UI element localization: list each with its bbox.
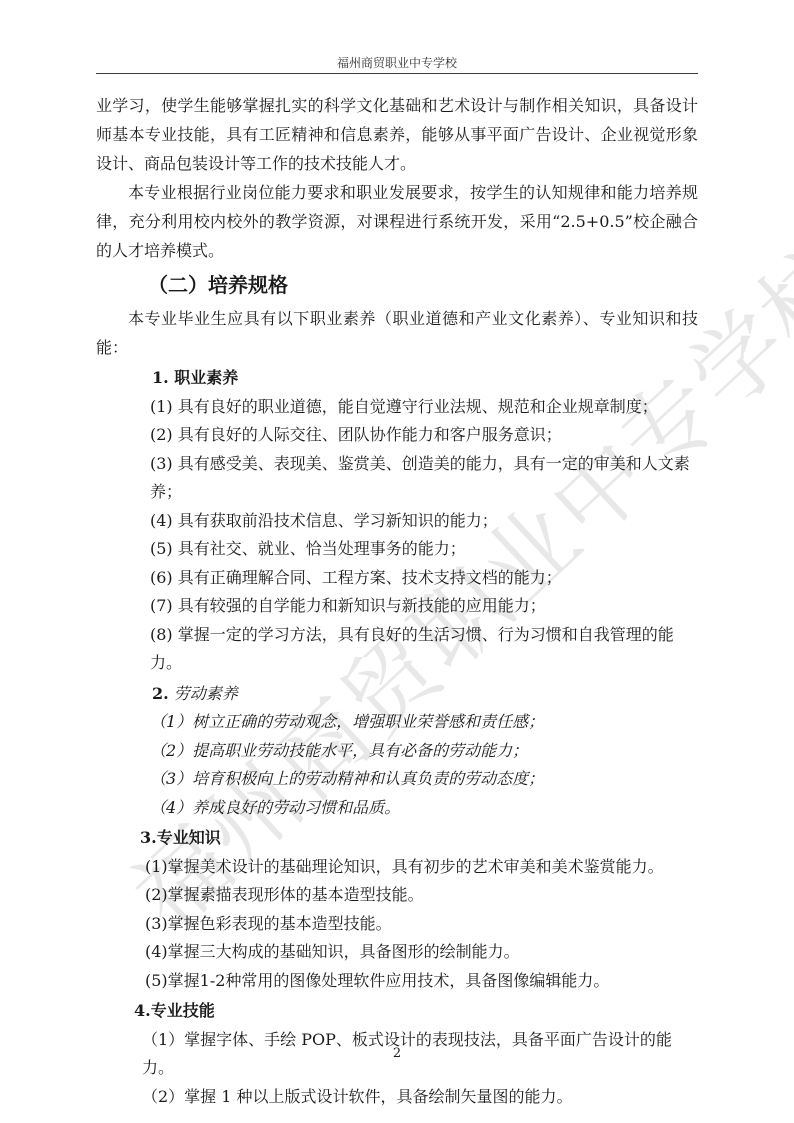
list-item: (1) 具有良好的职业道德，能自觉遵守行业法规、规范和企业规章制度； — [150, 393, 698, 422]
subsection-number: 4. — [134, 1001, 151, 1020]
subsection-title-professional-knowledge: 3.专业知识 — [140, 824, 698, 853]
list-item: （2）提高职业劳动技能水平，具有必备的劳动能力； — [150, 737, 698, 766]
document-page: 福州商贸职业中专学校 福州商贸职业中专学校 业学习，使学生能够掌握扎实的科学文化… — [0, 0, 794, 1123]
list-item: (8) 掌握一定的学习方法，具有良好的生活习惯、行为习惯和自我管理的能力。 — [150, 621, 698, 678]
list-item: (2)掌握素描表现形体的基本造型技能。 — [145, 881, 698, 910]
subsection-title-professional-skills: 4.专业技能 — [134, 997, 698, 1026]
header-divider — [96, 73, 698, 74]
document-body: 业学习，使学生能够掌握扎实的科学文化基础和艺术设计与制作相关知识，具备设计师基本… — [96, 91, 698, 1111]
list-item: （3）培育积极向上的劳动精神和认真负责的劳动态度； — [150, 765, 698, 794]
subsection-number: 2. — [152, 684, 169, 703]
list-item: (5)掌握1-2种常用的图像处理软件应用技术，具备图像编辑能力。 — [145, 967, 698, 996]
subsection-name: 专业技能 — [151, 1001, 215, 1020]
list-item: (2) 具有良好的人际交往、团队协作能力和客户服务意识； — [150, 421, 698, 450]
list-item: (4)掌握三大构成的基础知识，具备图形的绘制能力。 — [145, 938, 698, 967]
page-number: 2 — [393, 1046, 401, 1061]
page-footer: 2 — [0, 1046, 794, 1061]
subsection-title-labor-quality: 2. 劳动素养 — [152, 680, 698, 709]
paragraph-intro: 本专业毕业生应具有以下职业素养（职业道德和产业文化素养）、专业知识和技能： — [96, 304, 698, 362]
list-item: (6) 具有正确理解合同、工程方案、技术支持文档的能力； — [150, 564, 698, 593]
subsection-name: 职业素养 — [169, 368, 239, 387]
list-item: (7) 具有较强的自学能力和新知识与新技能的应用能力； — [150, 592, 698, 621]
paragraph-training-mode: 本专业根据行业岗位能力要求和职业发展要求，按学生的认知规律和能力培养规律，充分利… — [96, 178, 698, 265]
subsection-title-occupational-quality: 1. 职业素养 — [152, 364, 698, 393]
list-item: (3) 具有感受美、表现美、鉴赏美、创造美的能力，具有一定的审美和人文素养； — [150, 450, 698, 507]
paragraph-continuation: 业学习，使学生能够掌握扎实的科学文化基础和艺术设计与制作相关知识，具备设计师基本… — [96, 91, 698, 178]
list-item: (3)掌握色彩表现的基本造型技能。 — [145, 910, 698, 939]
list-item: (4) 具有获取前沿技术信息、学习新知识的能力； — [150, 507, 698, 536]
subsection-name: 劳动素养 — [169, 684, 238, 703]
list-item: (1)掌握美术设计的基础理论知识，具有初步的艺术审美和美术鉴赏能力。 — [145, 853, 698, 882]
list-item: (5) 具有社交、就业、恰当处理事务的能力； — [150, 535, 698, 564]
list-item: （4）养成良好的劳动习惯和品质。 — [150, 794, 698, 823]
list-item: （1）树立正确的劳动观念，增强职业荣誉感和责任感； — [150, 708, 698, 737]
list-item: （2）掌握 1 种以上版式设计软件，具备绘制矢量图的能力。 — [142, 1083, 698, 1112]
subsection-number: 1. — [152, 368, 169, 387]
subsection-number: 3. — [140, 828, 157, 847]
page-header-school-name: 福州商贸职业中专学校 — [96, 54, 698, 71]
section-heading-training-spec: （二）培养规格 — [148, 272, 698, 299]
subsection-name: 专业知识 — [157, 828, 221, 847]
